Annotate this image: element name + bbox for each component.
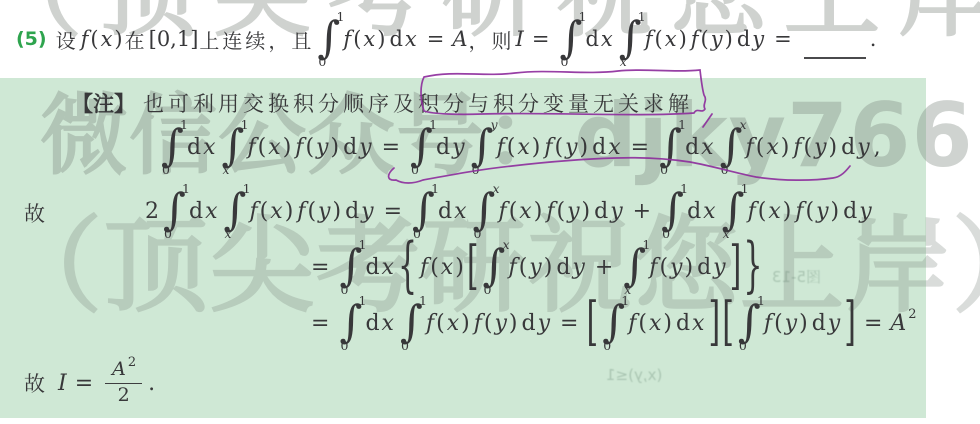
final-answer: 故 I=A22. <box>24 352 156 414</box>
equation-line-3: =∫10dx{f(x)[∫x0f(y)dy+∫1xf(y)dy]} <box>304 240 763 294</box>
equation-line-2: 2∫10dx∫1xf(x)f(y)dy=∫10dx∫x0f(x)f(y)dy+∫… <box>144 184 875 238</box>
note-heading-plain: 也可利用交换积分顺序及 <box>143 88 418 118</box>
problem-formula: 设 f(x) 在[0,1]上连续，且∫10f(x)dx=A，则 I=∫10dx∫… <box>56 13 878 65</box>
print-show-through-2: (x,y)≤1 <box>606 366 662 384</box>
scanned-textbook-page: （顶尖考研祝您上岸） 微信公众号：djky766 （顶尖考研祝您上岸） 图5-1… <box>0 0 980 424</box>
equation-line-2-formula: 2∫10dx∫1xf(x)f(y)dy=∫10dx∫x0f(x)f(y)dy+∫… <box>144 185 875 237</box>
final-answer-formula: I=A22. <box>57 359 156 407</box>
equation-line-1: ∫10dx∫1xf(x)f(y)dy=∫10dy∫y0f(x)f(y)dx=∫1… <box>158 120 882 174</box>
equation-line-4: =∫10dx∫10f(x)f(y)dy=[∫10f(x)dx][∫10f(y)d… <box>304 296 917 350</box>
equation-line-1-formula: ∫10dx∫1xf(x)f(y)dy=∫10dy∫y0f(x)f(y)dx=∫1… <box>158 121 882 173</box>
equation-line-4-formula: =∫10dx∫10f(x)f(y)dy=[∫10f(x)dx][∫10f(y)d… <box>304 297 917 349</box>
note-heading: 【注】 也可利用交换积分顺序及 积分与积分变量无关求解 <box>72 88 693 118</box>
equation-line-3-formula: =∫10dx{f(x)[∫x0f(y)dy+∫1xf(y)dy]} <box>304 241 763 293</box>
print-show-through-1: 图5-13 <box>772 266 821 287</box>
problem-number: (5) <box>16 28 47 50</box>
problem-statement: (5) 设 f(x) 在[0,1]上连续，且∫10f(x)dx=A，则 I=∫1… <box>16 12 877 66</box>
gu-label: 故 <box>24 198 45 228</box>
note-label: 【注】 <box>72 88 135 118</box>
note-boxed-phrase: 积分与积分变量无关求解 <box>418 88 693 118</box>
gu-label-final: 故 <box>24 368 45 398</box>
